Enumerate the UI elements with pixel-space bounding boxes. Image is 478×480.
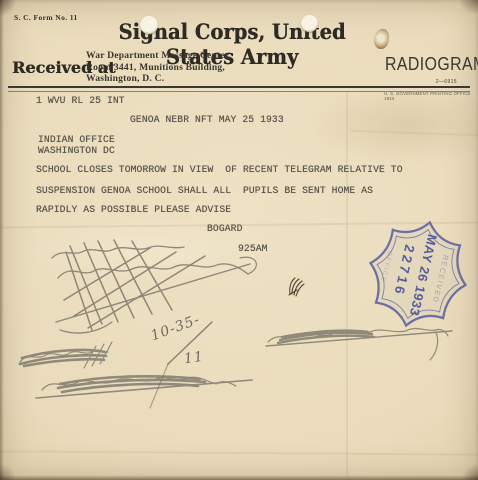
pencil-scribble-left-word <box>20 342 112 368</box>
address-block: War Department Message Center, Room 3441… <box>86 50 231 85</box>
crease-horizontal <box>350 130 478 136</box>
crease-horizontal <box>0 450 478 455</box>
address-line: War Department Message Center, <box>86 50 231 62</box>
pencil-scribble-center <box>52 240 256 333</box>
address-line: Room 3441, Munitions Building, <box>86 62 231 74</box>
punch-hole <box>140 16 158 34</box>
form-number: S. C. Form No. 11 <box>14 13 78 22</box>
pencil-scribble-not-necessary <box>36 376 252 398</box>
body-line: RAPIDLY AS POSSIBLE PLEASE ADVISE <box>36 204 231 215</box>
routing-line: 1 WVU RL 25 INT <box>36 95 125 106</box>
body-line: SUSPENSION GENOA SCHOOL SHALL ALL PUPILS… <box>36 185 373 196</box>
handwritten-code-top: 10-35- <box>149 312 202 345</box>
pencil-scribble-right-phrase <box>266 329 452 360</box>
radiogram-label: RADIOGRAM <box>385 54 478 75</box>
crease-vertical <box>346 92 348 478</box>
address-line: Washington, D. C. <box>86 73 231 85</box>
addressee-line: INDIAN OFFICE <box>38 134 115 145</box>
addressee-line: WASHINGTON DC <box>38 145 115 156</box>
received-stamp: RECEIVED MAY 26 1933 22716 OFFICE <box>355 209 478 340</box>
radiogram-document: S. C. Form No. 11 Signal Corps, United S… <box>0 0 478 480</box>
time-sent: 925AM <box>238 243 268 254</box>
handwritten-code-bottom: 11 <box>183 349 205 368</box>
printing-credit: U. S. GOVERNMENT PRINTING OFFICE 1933 <box>384 91 478 101</box>
form-code: 2—6915 <box>377 79 457 85</box>
punch-hole <box>301 15 318 32</box>
ink-mark <box>289 278 304 296</box>
origin-dateline: GENOA NEBR NFT MAY 25 1933 <box>130 114 284 125</box>
